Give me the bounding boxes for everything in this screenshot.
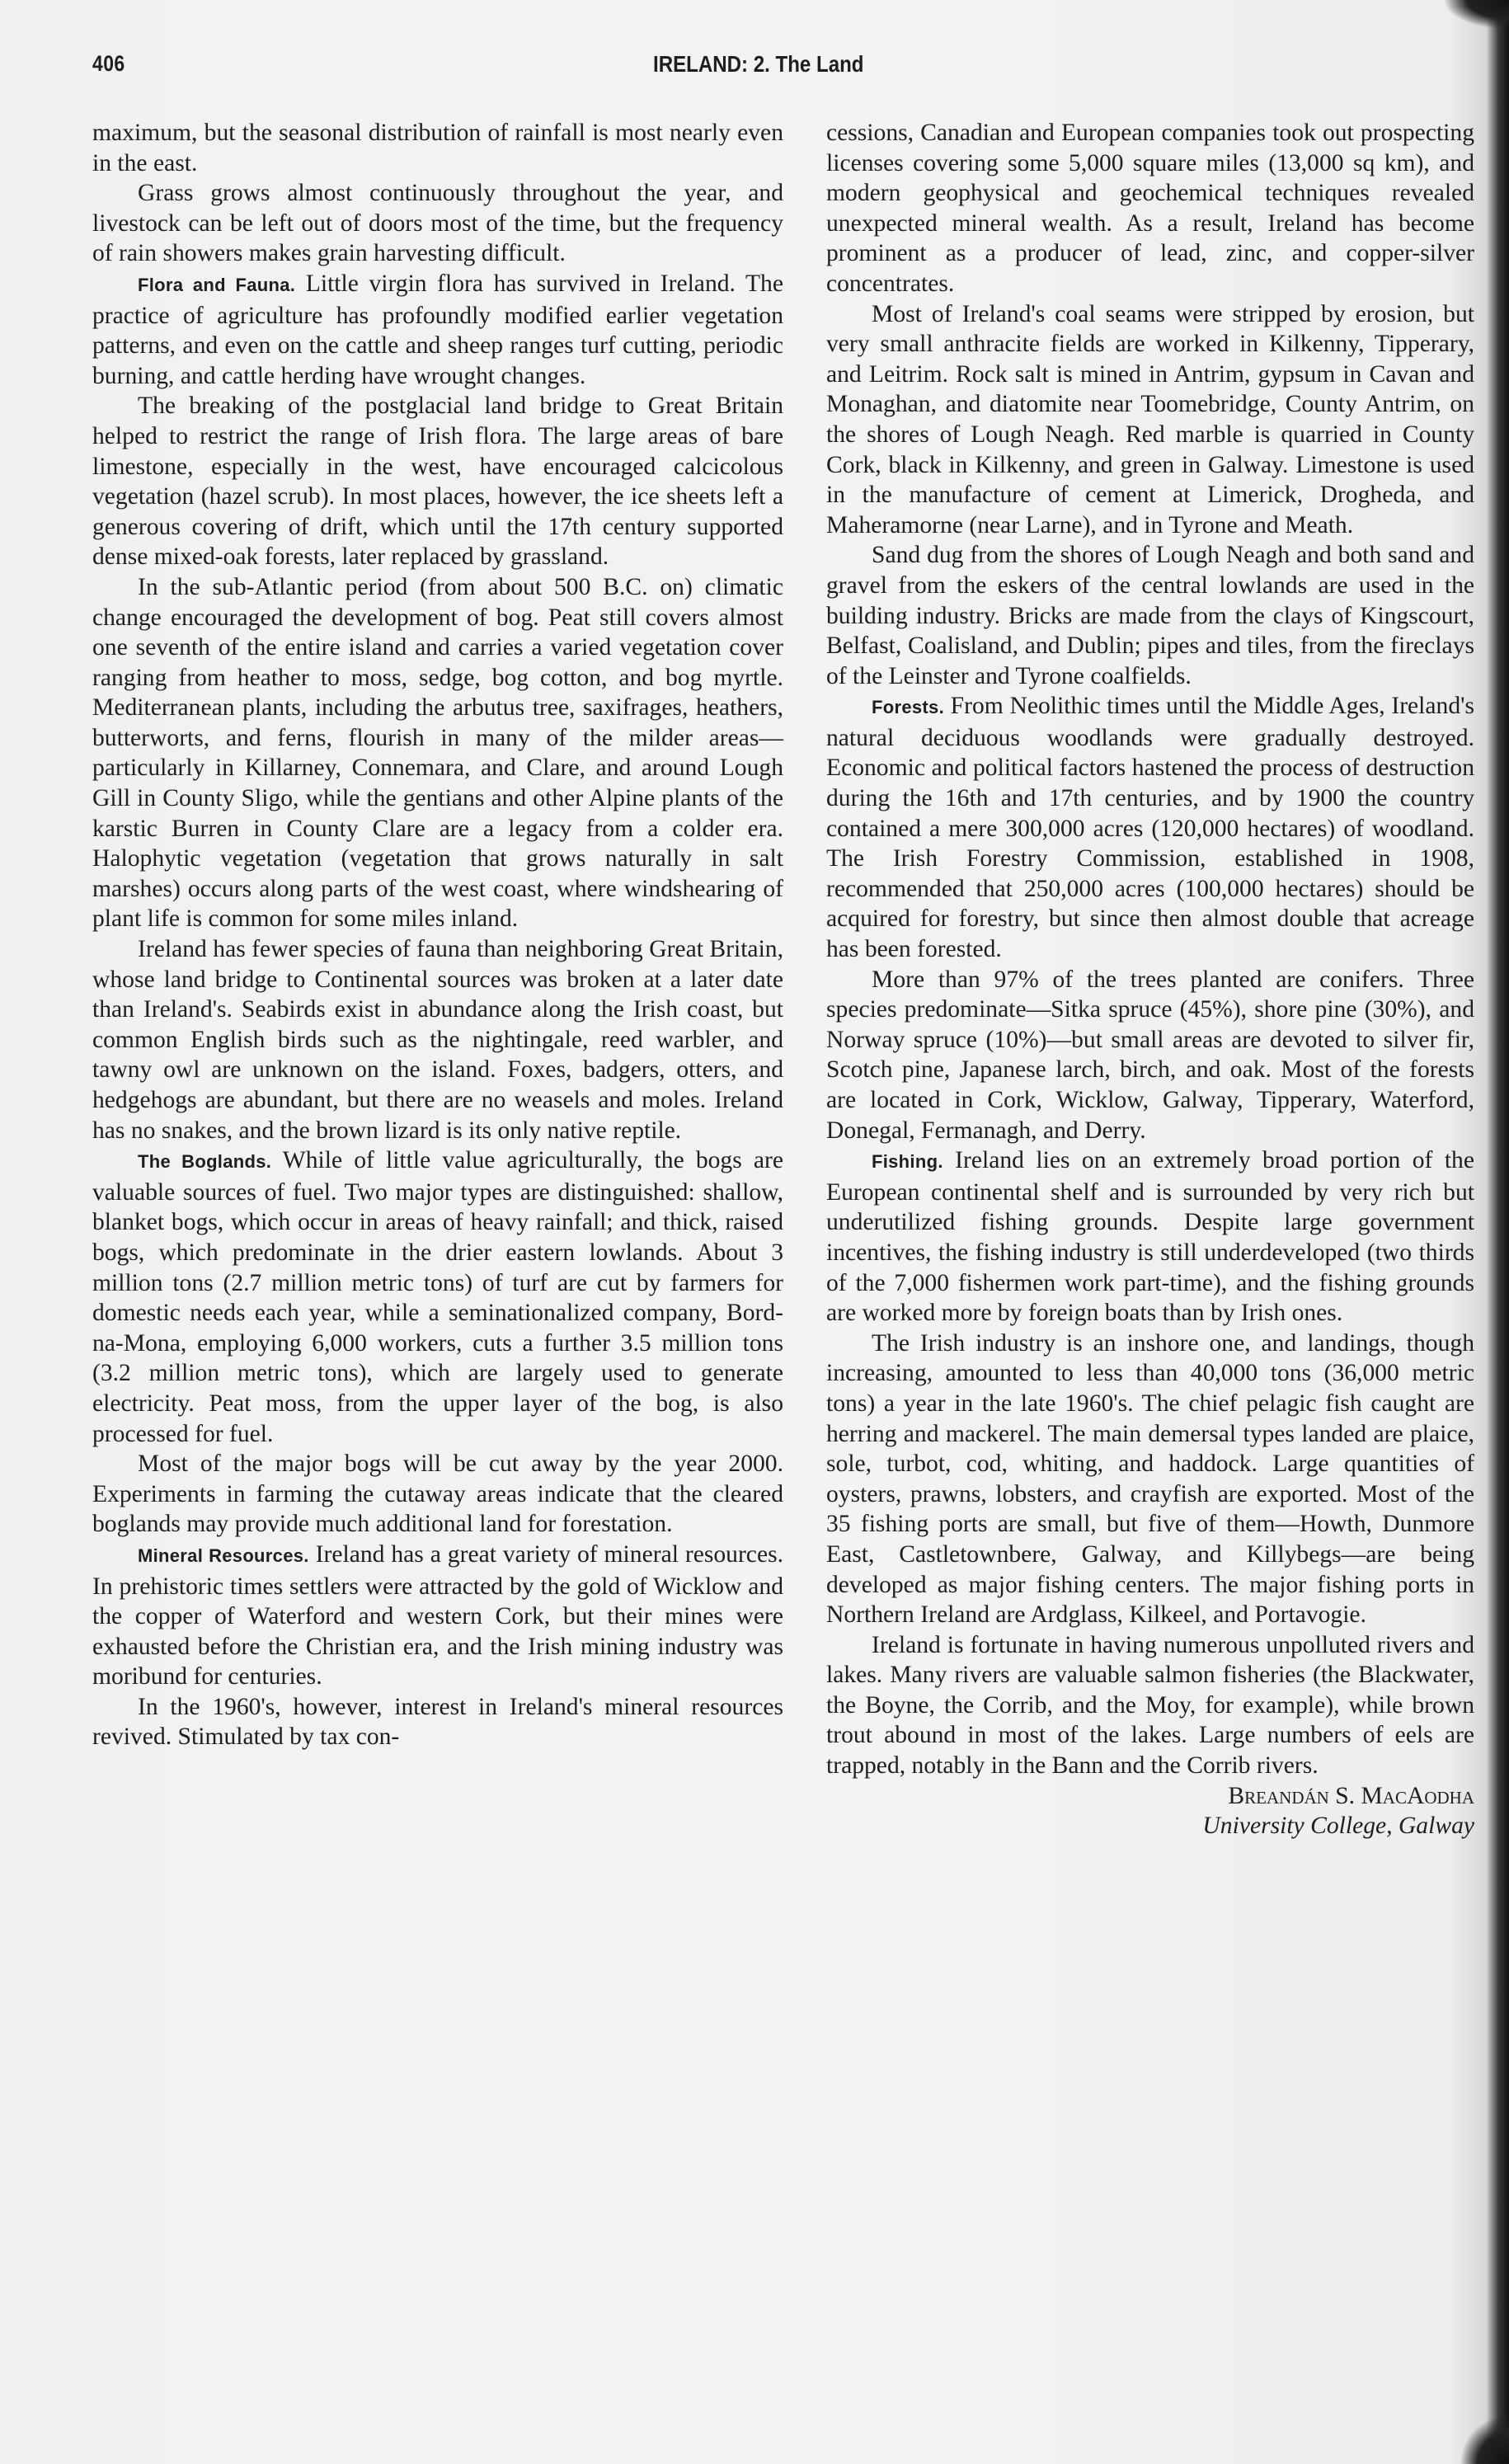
author-signature: Breandán S. MacAodha University College,… [826,1781,1474,1841]
paragraph-text: Most of Ireland's coal seams were stripp… [826,301,1474,538]
paragraph-text: The Irish industry is an inshore one, an… [826,1330,1474,1628]
paragraph: maximum, but the seasonal distribution o… [92,118,783,178]
author-affiliation: University College, Galway [826,1811,1474,1841]
paragraph-text: From Neolithic times until the Middle Ag… [826,693,1474,962]
paragraph: Most of the major bogs will be cut away … [92,1449,783,1540]
section-forests: Forests. From Neolithic times until the … [826,691,1474,964]
paragraph: In the sub-Atlantic period (from about 5… [92,572,783,934]
page-curl-shadow-top [1443,0,1509,30]
page-curl-shadow-bottom [1460,2415,1509,2464]
paragraph: The Irish industry is an inshore one, an… [826,1328,1474,1630]
paragraph-text: In the sub-Atlantic period (from about 5… [92,574,783,933]
paragraph-text: Most of the major bogs will be cut away … [92,1451,783,1537]
paragraph-text: Ireland has fewer species of fauna than … [92,936,783,1144]
paragraph-text: maximum, but the seasonal distribution o… [92,120,783,176]
paragraph: Sand dug from the shores of Lough Neagh … [826,540,1474,691]
paragraph: cessions, Canadian and European companie… [826,118,1474,299]
left-column: maximum, but the seasonal distribution o… [92,118,783,1752]
paragraph-text: While of little value agriculturally, th… [92,1147,783,1446]
section-mineral-resources: Mineral Resources. Ireland has a great v… [92,1540,783,1692]
section-heading: The Boglands. [138,1151,271,1172]
section-heading: Mineral Resources. [138,1545,309,1566]
section-heading: Fishing. [872,1151,943,1172]
book-page: 406 IRELAND: 2. The Land maximum, but th… [0,0,1509,2464]
author-name: Breandán S. MacAodha [826,1781,1474,1812]
section-fishing: Fishing. Ireland lies on an extremely br… [826,1145,1474,1328]
paragraph: Most of Ireland's coal seams were stripp… [826,299,1474,541]
paragraph: The breaking of the postglacial land bri… [92,391,783,572]
paragraph: Ireland has fewer species of fauna than … [92,934,783,1145]
paragraph-text: The breaking of the postglacial land bri… [92,393,783,570]
paragraph-text: Ireland lies on an extremely broad porti… [826,1147,1474,1326]
paragraph: Ireland is fortunate in having numerous … [826,1630,1474,1781]
paragraph-text: Sand dug from the shores of Lough Neagh … [826,542,1474,689]
paragraph-text: cessions, Canadian and European companie… [826,120,1474,297]
section-heading: Forests. [872,697,944,717]
section-boglands: The Boglands. While of little value agri… [92,1145,783,1449]
section-heading: Flora and Fauna. [138,275,295,295]
paragraph-text: Ireland is fortunate in having numerous … [826,1632,1474,1779]
paragraph: More than 97% of the trees planted are c… [826,965,1474,1146]
paragraph: In the 1960's, however, interest in Irel… [92,1692,783,1752]
right-column: cessions, Canadian and European companie… [826,118,1474,1841]
paragraph: Grass grows almost continuously througho… [92,178,783,269]
paragraph-text: Grass grows almost continuously througho… [92,180,783,266]
running-head: IRELAND: 2. The Land [653,51,864,78]
section-flora-fauna: Flora and Fauna. Little virgin flora has… [92,269,783,391]
page-header: 406 IRELAND: 2. The Land [92,51,1453,84]
page-number: 406 [92,51,125,77]
paragraph-text: More than 97% of the trees planted are c… [826,966,1474,1144]
paragraph-text: In the 1960's, however, interest in Irel… [92,1694,783,1751]
